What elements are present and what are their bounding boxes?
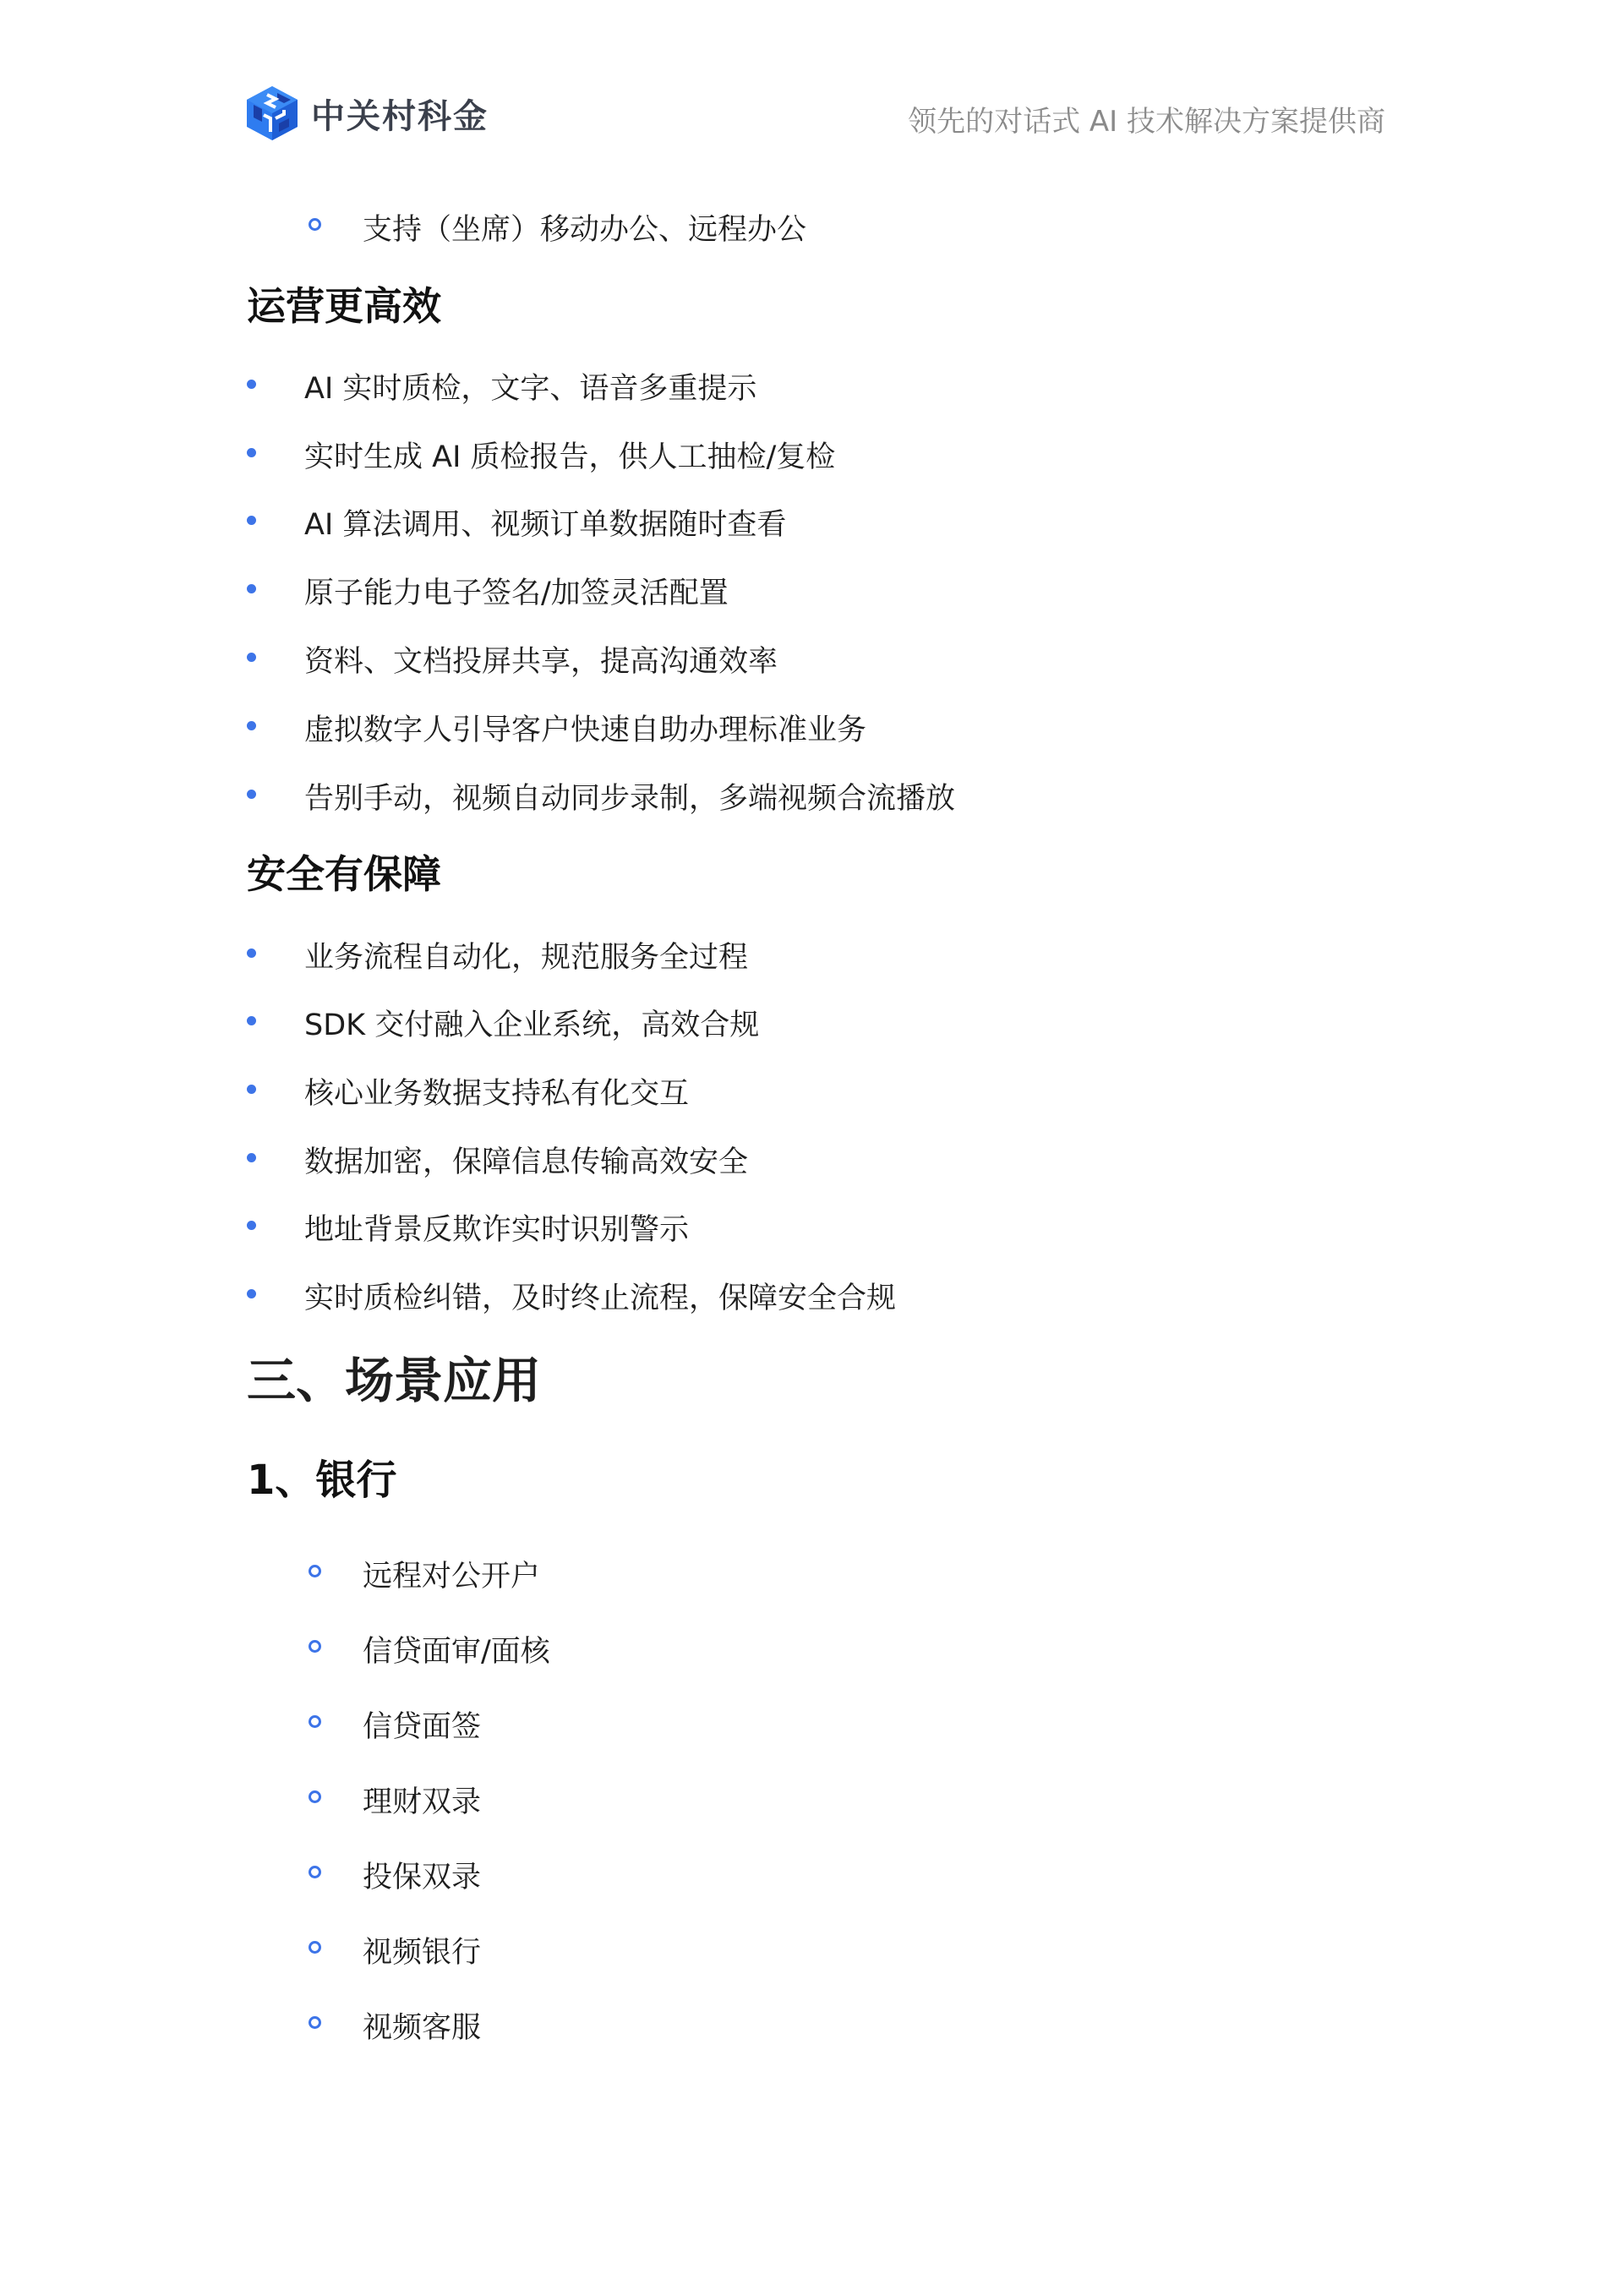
hollow-bullet-icon [309,1790,321,1803]
bullet-icon [247,721,256,730]
header-tagline: 领先的对话式 AI 技术解决方案提供商 [908,98,1385,139]
bullet-icon [247,948,256,958]
bullet-icon [247,1221,256,1230]
hollow-bullet-icon [309,1866,321,1878]
bullet-icon [247,653,256,662]
page-header: 中关村科金 领先的对话式 AI 技术解决方案提供商 [0,0,1622,169]
hollow-bullet-icon [309,1715,321,1728]
hollow-bullet-icon [309,218,321,231]
hollow-bullet-icon [309,1565,321,1577]
bullet-icon [247,790,256,799]
section-heading-ops: 运营更高效 [247,276,441,331]
bullet-icon [247,516,256,525]
bullet-icon [247,1085,256,1094]
hollow-bullet-icon [309,1640,321,1653]
bullet-icon [247,448,256,457]
bullet-icon [247,584,256,593]
bullet-icon [247,1153,256,1162]
brand-name: 中关村科金 [311,90,489,138]
subsection-heading-bank: 1、银行 [247,1447,396,1506]
cube-logo-icon [245,85,299,142]
bullet-icon [247,1016,256,1025]
hollow-bullet-icon [309,1941,321,1954]
bullet-icon [247,1289,256,1298]
bullet-icon [247,380,256,389]
section-heading-security: 安全有保障 [247,844,441,899]
chapter-heading-scenarios: 三、场景应用 [247,1341,541,1412]
hollow-bullet-icon [309,2016,321,2029]
brand-logo: 中关村科金 [245,85,489,142]
